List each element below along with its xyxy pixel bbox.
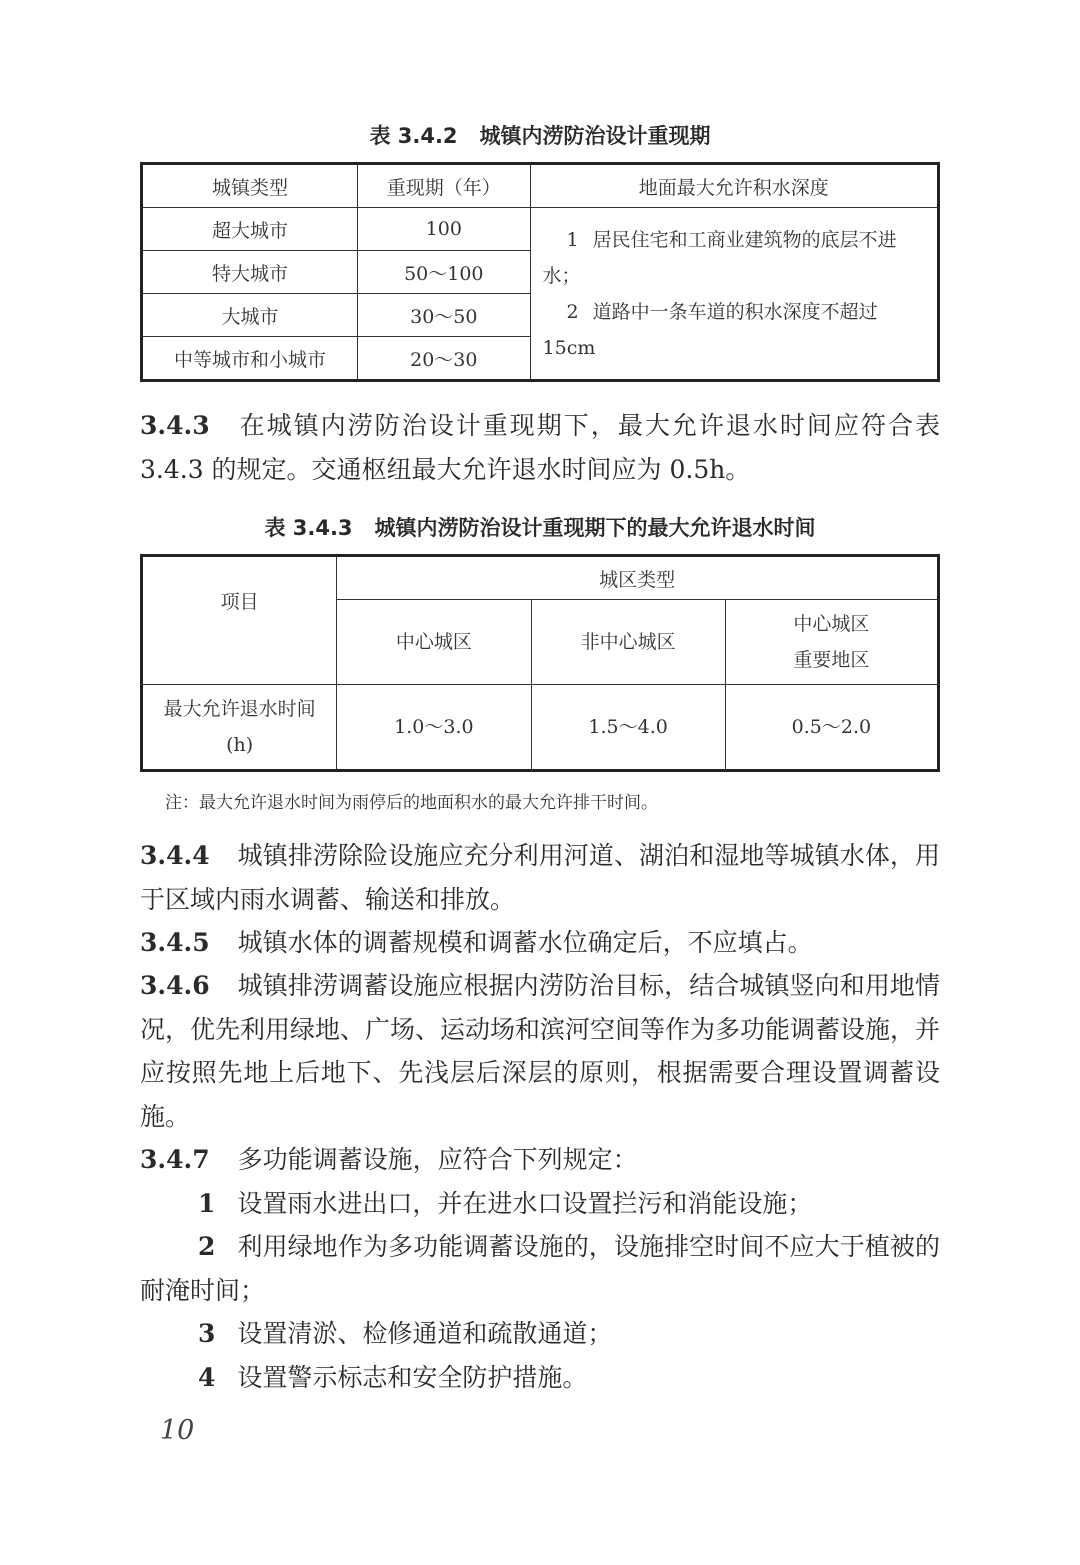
- return-period-cell: 20～30: [358, 337, 530, 381]
- table-row: 最大允许退水时间 (h) 1.0～3.0 1.5～4.0 0.5～2.0: [142, 685, 939, 771]
- clause-item: 2利用绿地作为多功能调蓄设施的，设施排空时间不应大于植被的耐淹时间；: [140, 1225, 940, 1312]
- row-label-cell: 最大允许退水时间 (h): [142, 685, 337, 771]
- clause-item: 1设置雨水进出口，并在进水口设置拦污和消能设施；: [140, 1182, 940, 1226]
- clause-text: 城镇排涝除险设施应充分利用河道、湖泊和湿地等城镇水体，用于区域内雨水调蓄、输送和…: [140, 841, 940, 914]
- clause-item: 4设置警示标志和安全防护措施。: [140, 1356, 940, 1400]
- table-343: 项目 城区类型 中心城区 非中心城区 中心城区 重要地区 最大允许退水时间 (h…: [140, 554, 940, 772]
- district-type-header-cell: 城区类型: [337, 556, 939, 600]
- table-343-header-row: 项目 城区类型: [142, 556, 939, 600]
- return-period-cell: 100: [358, 208, 530, 251]
- table-342-header-cell: 城镇类型: [142, 164, 358, 208]
- subheader-cell: 中心城区: [337, 600, 531, 685]
- clause-text: 多功能调蓄设施，应符合下列规定：: [238, 1145, 638, 1174]
- table-row: 超大城市 100 1居民住宅和工商业建筑物的底层不进水； 2道路中一条车道的积水…: [142, 208, 939, 251]
- city-type-cell: 超大城市: [142, 208, 358, 251]
- table-343-caption: 表 3.4.3城镇内涝防治设计重现期下的最大允许退水时间: [140, 512, 940, 542]
- table-342: 城镇类型 重现期（年） 地面最大允许积水深度 超大城市 100 1居民住宅和工商…: [140, 162, 940, 382]
- clause-3-4-4: 3.4.4城镇排涝除险设施应充分利用河道、湖泊和湿地等城镇水体，用于区域内雨水调…: [140, 834, 940, 921]
- clause-3-4-3: 3.4.3在城镇内涝防治设计重现期下，最大允许退水时间应符合表 3.4.3 的规…: [140, 404, 940, 491]
- value-cell: 0.5～2.0: [725, 685, 938, 771]
- clause-3-4-6: 3.4.6城镇排涝调蓄设施应根据内涝防治目标，结合城镇竖向和用地情况，优先利用绿…: [140, 964, 940, 1138]
- subheader-cell: 中心城区 重要地区: [725, 600, 938, 685]
- return-period-cell: 30～50: [358, 294, 530, 337]
- table-342-header-row: 城镇类型 重现期（年） 地面最大允许积水深度: [142, 164, 939, 208]
- clause-text: 城镇排涝调蓄设施应根据内涝防治目标，结合城镇竖向和用地情况，优先利用绿地、广场、…: [140, 971, 940, 1131]
- clause-number: 3.4.7: [140, 1145, 210, 1174]
- table-342-caption-title: 城镇内涝防治设计重现期: [480, 124, 711, 148]
- return-period-cell: 50～100: [358, 251, 530, 294]
- value-cell: 1.5～4.0: [531, 685, 725, 771]
- clause-number: 3.4.3: [140, 411, 210, 440]
- subheader-cell: 非中心城区: [531, 600, 725, 685]
- clause-text: 在城镇内涝防治设计重现期下，最大允许退水时间应符合表 3.4.3 的规定。交通枢…: [140, 411, 940, 484]
- table-343-note: 注：最大允许退水时间为雨停后的地面积水的最大允许排干时间。: [165, 788, 945, 813]
- document-page: 表 3.4.2城镇内涝防治设计重现期 城镇类型 重现期（年） 地面最大允许积水深…: [0, 0, 1080, 1565]
- max-depth-cell: 1居民住宅和工商业建筑物的底层不进水； 2道路中一条车道的积水深度不超过 15c…: [530, 208, 938, 381]
- page-number: 10: [160, 1415, 194, 1446]
- depth-item: 2道路中一条车道的积水深度不超过 15cm: [543, 294, 927, 366]
- clause-number: 3.4.4: [140, 841, 210, 870]
- clause-number: 3.4.5: [140, 928, 210, 957]
- depth-item: 1居民住宅和工商业建筑物的底层不进水；: [543, 222, 927, 294]
- city-type-cell: 特大城市: [142, 251, 358, 294]
- table-342-caption: 表 3.4.2城镇内涝防治设计重现期: [140, 120, 940, 150]
- clause-item: 3设置清淤、检修通道和疏散通道；: [140, 1312, 940, 1356]
- clause-3-4-7: 3.4.7多功能调蓄设施，应符合下列规定： 1设置雨水进出口，并在进水口设置拦污…: [140, 1138, 940, 1399]
- city-type-cell: 中等城市和小城市: [142, 337, 358, 381]
- clause-number: 3.4.6: [140, 971, 210, 1000]
- table-342-header-cell: 重现期（年）: [358, 164, 530, 208]
- clause-3-4-5: 3.4.5城镇水体的调蓄规模和调蓄水位确定后，不应填占。: [140, 921, 940, 965]
- table-342-caption-number: 表 3.4.2: [369, 124, 457, 148]
- item-header-cell: 项目: [142, 556, 337, 685]
- table-343-caption-title: 城镇内涝防治设计重现期下的最大允许退水时间: [375, 516, 816, 540]
- clause-text: 城镇水体的调蓄规模和调蓄水位确定后，不应填占。: [238, 928, 813, 957]
- table-343-caption-number: 表 3.4.3: [264, 516, 352, 540]
- table-342-header-cell: 地面最大允许积水深度: [530, 164, 938, 208]
- value-cell: 1.0～3.0: [337, 685, 531, 771]
- city-type-cell: 大城市: [142, 294, 358, 337]
